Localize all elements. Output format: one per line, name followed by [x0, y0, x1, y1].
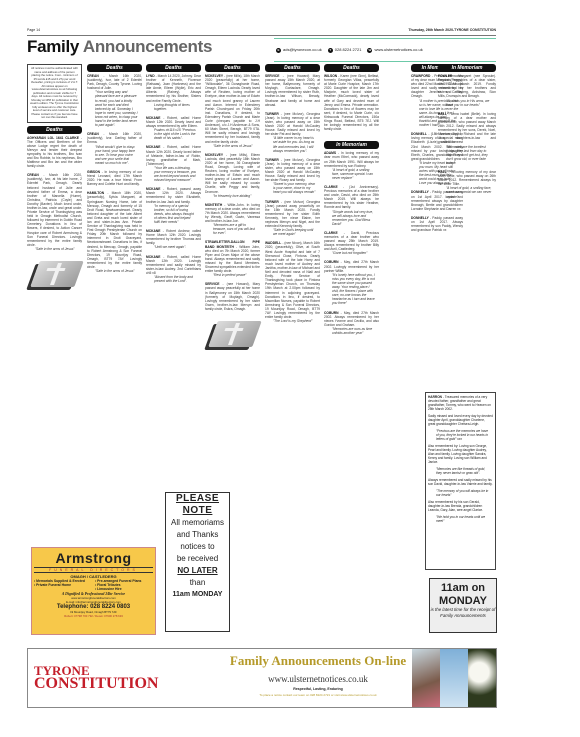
- ad-services-list: • Memorials Supplied & Erected • Pre-arr…: [34, 579, 153, 592]
- section-header: Deaths: [27, 126, 82, 134]
- banner-url[interactable]: www.ulsternetnotices.co.uk: [198, 674, 438, 684]
- notice: CREAN - March 16th 2020, (suddenly), Ivo…: [87, 74, 142, 127]
- phone-contact[interactable]: T028 8224 2721: [328, 47, 362, 53]
- notice: MCKANE - Robert Andrew, called Home Marc…: [146, 229, 201, 249]
- tyrone-constitution-logo: TYRONE CONSTITUTION: [34, 664, 158, 690]
- notice: CREAN - March 16th 2020, (suddenly), Ivo…: [87, 132, 142, 165]
- page-number: Page 14: [27, 28, 40, 35]
- section-header: Deaths: [146, 64, 201, 72]
- section-header-in-memoriam: In Memoriam: [324, 141, 379, 149]
- notice: CREAN - March 16th 2020, (suddenly), Ivo…: [27, 173, 82, 251]
- bible-illustration: [27, 257, 87, 295]
- section-header: Deaths: [205, 64, 260, 72]
- harron-memoriam-box: HARRON - Treasured memories of a very de…: [425, 392, 496, 570]
- online-notices-banner[interactable]: TYRONE CONSTITUTION Family Announcements…: [27, 648, 497, 708]
- banner-headline: Family Announcements On-line: [198, 653, 438, 669]
- notice: CLARKE - David, Precious memories of a d…: [324, 231, 379, 256]
- column-4: Deaths MCKELVEY - (nee Mills), 18th Marc…: [205, 64, 260, 361]
- notice: WILSON - Karen (nee Ginn), Belfast, form…: [324, 74, 379, 131]
- deadline-box: 11am on MONDAY is the latest time for th…: [429, 578, 497, 633]
- column-5: Deaths SERVICE - (nee Howard) Mary passe…: [265, 64, 320, 328]
- notice: MCKANE - Robert, passed away March 12th …: [146, 187, 201, 224]
- notice: HALL - In loving memory of my dear siste…: [438, 170, 496, 199]
- notice: COBURN - May, died 27th March 2002. Lovi…: [324, 260, 379, 305]
- notice: HAMILTON - March 18th 2020, (peacefully)…: [87, 191, 142, 273]
- web-icon: W: [367, 48, 372, 53]
- page-title: Family Announcements: [27, 37, 212, 57]
- section-header: Deaths: [324, 64, 379, 72]
- notice: MCKANE - Robert, called Home March 12th …: [146, 145, 201, 182]
- rules-notice: All notices must be authenticated with n…: [27, 64, 82, 123]
- section-header: Deaths: [265, 64, 320, 72]
- notice: MCKELVEY - (nee Mills), Eileen Lucinda, …: [205, 153, 260, 198]
- photo-lily: [468, 649, 496, 707]
- photo-family: [412, 649, 440, 707]
- notice: HALL - Anna Isabel (Belle). In loving me…: [438, 112, 496, 165]
- notice: TURNER - (nee McIvor), Georgina (Jean). …: [265, 158, 320, 195]
- email-icon: E: [276, 48, 281, 53]
- section-header: In Memoriam: [438, 64, 496, 72]
- notice: MCKANE - Robert, called Home March 12th …: [146, 116, 201, 141]
- notice: ADAMS - In loving memory of my dear mum …: [324, 151, 379, 180]
- page-header-bar: Page 14 Thursday, 26th March 2020-TYRONE…: [27, 28, 496, 36]
- notice: SERVICE - (nee Howard) Mary passed away …: [265, 74, 320, 107]
- banner-photos: [412, 649, 496, 707]
- column-2: Deaths CREAN - March 16th 2020, (suddenl…: [87, 64, 142, 278]
- bible-illustration: [205, 317, 265, 355]
- ad-brand-name: Armstrong: [34, 550, 153, 566]
- notice: SERVICE - (nee Howard), Mary passed away…: [205, 282, 260, 311]
- notice: GIBSON - In loving memory of our friend …: [87, 170, 142, 186]
- column-3: Deaths LYND - March 14 2020, Johnny. Dea…: [146, 64, 201, 288]
- column-8: In MemoriamFOWLER - Margaret (nee Sproul…: [438, 64, 496, 204]
- notice: AGHYARAN LOL 1641 CLARKE - The Officers …: [27, 136, 82, 169]
- notice: CLARKE - (1st Anniversary). Precious mem…: [324, 185, 379, 226]
- column-6: Deaths WILSON - Karen (nee Ginn), Belfas…: [324, 64, 379, 340]
- column-1: All notices must be authenticated with n…: [27, 64, 82, 301]
- armstrong-funeral-ad[interactable]: Armstrong FUNERAL DIRECTORS OMAGH / CAST…: [31, 547, 156, 635]
- phone-icon: T: [328, 48, 333, 53]
- notice: TURNER - (nee McIvor), Georgina (Jean). …: [265, 112, 320, 153]
- notice: COBURN - May, died 27th March 2002. Alwa…: [324, 311, 379, 336]
- dateline: Thursday, 26th March 2020-TYRONE CONSTIT…: [408, 28, 496, 35]
- notice: MCKANE - Robert, called Home March 12th …: [146, 255, 201, 284]
- photo-dove: [440, 649, 468, 707]
- notice: MONTEITH - Willie-John. In loving memory…: [205, 203, 260, 236]
- contact-strip: Eads@tyronecon.co.uk T028 8224 2721 Wwww…: [274, 38, 496, 62]
- notice: MCKELVEY - (nee Mills), 18th March 2020 …: [205, 74, 260, 148]
- web-contact[interactable]: Wwww.ulsternetnotices.co.uk: [367, 47, 422, 53]
- notice: TURNER - (nee McIvor) Georgina (Jean) pa…: [265, 200, 320, 237]
- notice: FOWLER - Margaret (nee Sproule). Preciou…: [438, 74, 496, 107]
- notice: DONNELLY - Paddy, passed away on 1st Apr…: [411, 216, 463, 232]
- notice: LYND - March 14 2020, Johnny. Dear broth…: [146, 74, 201, 111]
- notice: WADDELL - (nee Nixon), March 16th 2020, …: [265, 241, 320, 323]
- notice: STRAWLETTER-DALLON PIPE BAND MONTEITH - …: [205, 240, 260, 277]
- email-contact[interactable]: Eads@tyronecon.co.uk: [276, 47, 322, 53]
- please-note-box: PLEASE NOTE All memoriams and Thanks not…: [165, 492, 230, 632]
- section-header: Deaths: [87, 64, 142, 72]
